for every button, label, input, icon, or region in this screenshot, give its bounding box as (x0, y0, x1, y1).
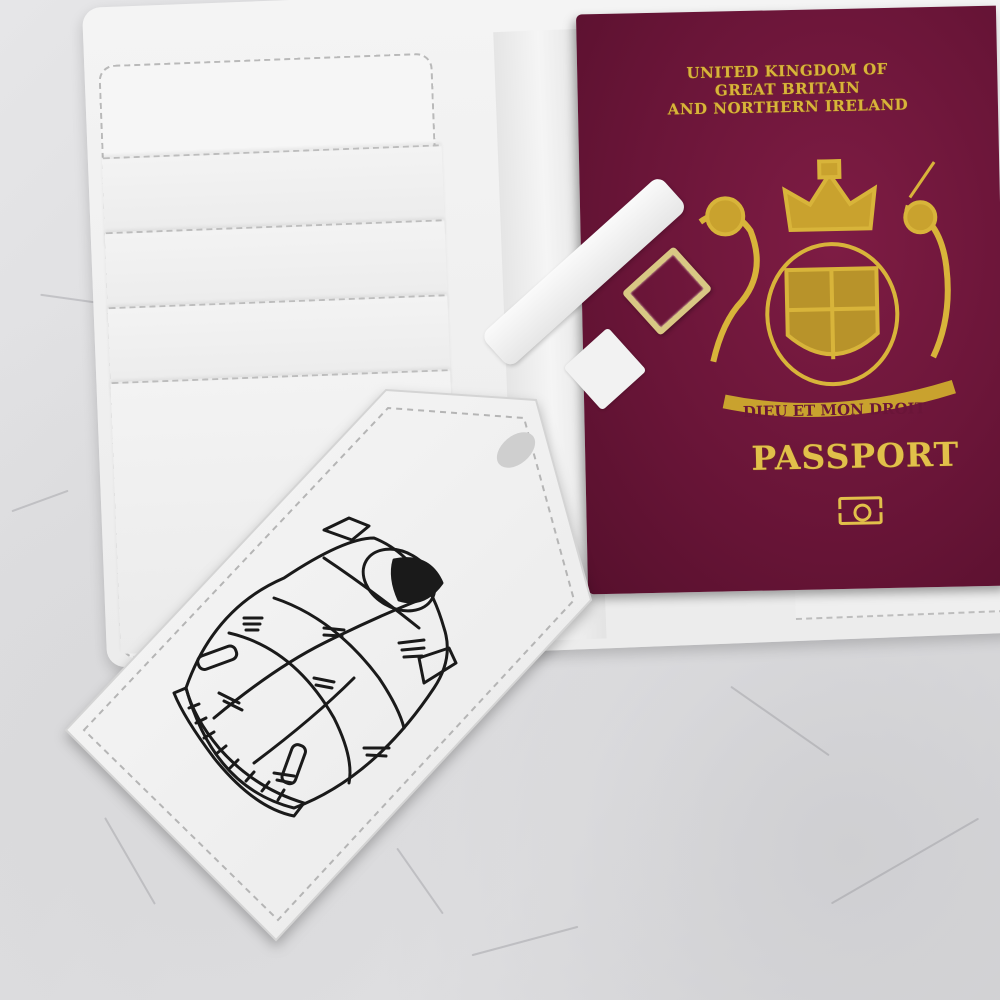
luggage-tag (66, 390, 596, 950)
marble-vein (11, 490, 68, 512)
passport-title: PASSPORT (745, 434, 966, 478)
crest-motto-ribbon: DIEU ET MON DROIT (743, 399, 927, 421)
marble-vein (831, 818, 979, 905)
royal-coat-of-arms-icon: DIEU ET MON DROIT (679, 156, 985, 432)
marble-vein (730, 686, 829, 756)
chip-icon (838, 496, 883, 525)
